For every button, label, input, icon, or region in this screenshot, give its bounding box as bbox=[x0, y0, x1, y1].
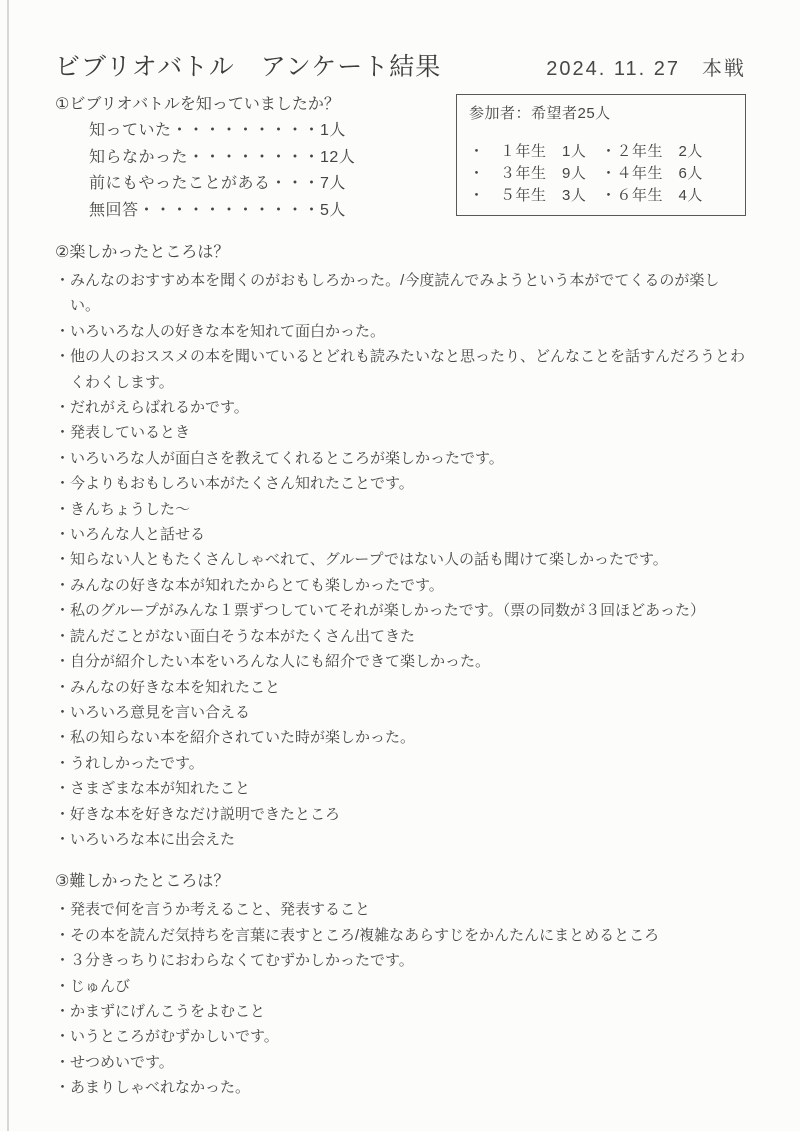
q1-option-count: 5人 bbox=[320, 202, 346, 219]
answer-text: みんなの好きな本を知れたこと bbox=[70, 675, 748, 700]
answer-item: ・読んだことがない面白そうな本がたくさん出てきた bbox=[55, 624, 748, 649]
grade-count-cell: ・ １年生 1人 bbox=[469, 141, 601, 163]
answer-item: ・だれがえらばれるかです。 bbox=[55, 395, 748, 420]
scanned-page: ビブリオバトル アンケート結果 2024. 11. 27 本戦 ①ビブリオバトル… bbox=[0, 0, 800, 1131]
answer-item: ・いろんな人と話せる bbox=[55, 522, 748, 547]
participants-row: ・ ５年生 3人・６年生 4人 bbox=[469, 185, 733, 207]
bullet-dot: ・ bbox=[55, 974, 70, 999]
bullet-dot: ・ bbox=[55, 522, 70, 547]
answer-item: ・自分が紹介したい本をいろんな人にも紹介できて楽しかった。 bbox=[55, 649, 748, 674]
grade-count-cell: ・６年生 4人 bbox=[601, 185, 733, 207]
answer-text: いろいろ意見を言い合える bbox=[70, 700, 748, 725]
bullet-dot: ・ bbox=[55, 776, 70, 801]
answer-item: ・みんなのおすすめ本を聞くのがおもしろかった。/今度読んでみようという本がでてく… bbox=[55, 268, 748, 319]
participants-row: ・ ３年生 9人・４年生 6人 bbox=[469, 163, 733, 185]
bullet-dot: ・ bbox=[55, 897, 70, 922]
page-title: ビブリオバトル アンケート結果 bbox=[55, 50, 441, 84]
answer-text: 自分が紹介したい本をいろんな人にも紹介できて楽しかった。 bbox=[70, 649, 748, 674]
bullet-dot: ・ bbox=[55, 700, 70, 725]
answer-item: ・私の知らない本を紹介されていた時が楽しかった。 bbox=[55, 725, 748, 750]
date-label: 2024. 11. 27 本戦 bbox=[546, 54, 746, 84]
bullet-dot: ・ bbox=[55, 649, 70, 674]
scan-edge-line bbox=[7, 0, 9, 1131]
answer-item: ・せつめいです。 bbox=[55, 1050, 748, 1075]
bullet-dot: ・ bbox=[55, 948, 70, 973]
bullet-dot: ・ bbox=[55, 725, 70, 750]
bullet-dot: ・ bbox=[55, 802, 70, 827]
answer-item: ・他の人のおススメの本を聞いているとどれも読みたいなと思ったり、どんなことを話す… bbox=[55, 344, 748, 395]
grade-count-cell: ・４年生 6人 bbox=[601, 163, 733, 185]
q3-answer-list: ・発表で何を言うか考えること、発表すること・その本を読んだ気持ちを言葉に表すとこ… bbox=[55, 897, 748, 1100]
bullet-dot: ・ bbox=[55, 420, 70, 445]
answer-item: ・かまずにげんこうをよむこと bbox=[55, 999, 748, 1024]
bullet-dot: ・ bbox=[55, 573, 70, 598]
answer-item: ・きんちょうした～ bbox=[55, 497, 748, 522]
answer-text: 発表しているとき bbox=[70, 420, 748, 445]
answer-item: ・発表で何を言うか考えること、発表すること bbox=[55, 897, 748, 922]
answer-text: 好きな本を好きなだけ説明できたところ bbox=[70, 802, 748, 827]
answer-text: いうところがむずかしいです。 bbox=[70, 1024, 748, 1049]
bullet-dot: ・ bbox=[55, 319, 70, 344]
q2-heading: ②楽しかったところは？ bbox=[55, 240, 748, 266]
dot-leader: ・・・・・・・・・ bbox=[172, 122, 321, 139]
answer-text: その本を読んだ気持ちを言葉に表すところ/複雑なあらすじをかんたんにまとめるところ bbox=[70, 923, 748, 948]
participants-box: 参加者：希望者25人 ・ １年生 1人・２年生 2人・ ３年生 9人・４年生 6… bbox=[456, 94, 746, 216]
q1-option-label: 無回答 bbox=[89, 202, 139, 219]
answer-item: ・いろいろな人の好きな本を知れて面白かった。 bbox=[55, 319, 748, 344]
bullet-dot: ・ bbox=[55, 547, 70, 572]
answer-item: ・３分きっちりにおわらなくてむずかしかったです。 bbox=[55, 948, 748, 973]
answer-text: さまざまな本が知れたこと bbox=[70, 776, 748, 801]
answer-item: ・うれしかったです。 bbox=[55, 751, 748, 776]
answer-item: ・今よりもおもしろい本がたくさん知れたことです。 bbox=[55, 471, 748, 496]
answer-item: ・いうところがむずかしいです。 bbox=[55, 1024, 748, 1049]
answer-item: ・好きな本を好きなだけ説明できたところ bbox=[55, 802, 748, 827]
document-header: ビブリオバトル アンケート結果 2024. 11. 27 本戦 bbox=[0, 0, 800, 84]
answer-item: ・いろいろな人が面白さを教えてくれるところが楽しかったです。 bbox=[55, 446, 748, 471]
answer-text: 発表で何を言うか考えること、発表すること bbox=[70, 897, 748, 922]
grade-count-cell: ・ ３年生 9人 bbox=[469, 163, 601, 185]
bullet-dot: ・ bbox=[55, 1024, 70, 1049]
answer-item: ・いろいろな本に出会えた bbox=[55, 827, 748, 852]
answer-text: うれしかったです。 bbox=[70, 751, 748, 776]
answer-text: せつめいです。 bbox=[70, 1050, 748, 1075]
dot-leader: ・・・ bbox=[271, 175, 321, 192]
bullet-dot: ・ bbox=[55, 624, 70, 649]
answer-item: ・私のグループがみんな１票ずつしていてそれが楽しかったです。（票の同数が３回ほど… bbox=[55, 598, 748, 623]
answer-text: 今よりもおもしろい本がたくさん知れたことです。 bbox=[70, 471, 748, 496]
q1-option-count: 12人 bbox=[320, 149, 355, 166]
q1-option-label: 知っていた bbox=[89, 122, 172, 139]
question2-section: ②楽しかったところは？ ・みんなのおすすめ本を聞くのがおもしろかった。/今度読ん… bbox=[55, 240, 748, 852]
answer-text: かまずにげんこうをよむこと bbox=[70, 999, 748, 1024]
bullet-dot: ・ bbox=[55, 827, 70, 852]
answer-text: きんちょうした～ bbox=[70, 497, 748, 522]
bullet-dot: ・ bbox=[55, 1050, 70, 1075]
answer-text: いろいろな人の好きな本を知れて面白かった。 bbox=[70, 319, 748, 344]
answer-text: あまりしゃべれなかった。 bbox=[70, 1075, 748, 1100]
answer-item: ・その本を読んだ気持ちを言葉に表すところ/複雑なあらすじをかんたんにまとめるとこ… bbox=[55, 923, 748, 948]
answer-item: ・発表しているとき bbox=[55, 420, 748, 445]
answer-text: 他の人のおススメの本を聞いているとどれも読みたいなと思ったり、どんなことを話すん… bbox=[70, 344, 748, 395]
bullet-dot: ・ bbox=[55, 999, 70, 1024]
question1-section: ①ビブリオバトルを知っていましたか？ 知っていた・・・・・・・・・1人知らなかっ… bbox=[55, 92, 746, 228]
grade-count-cell: ・２年生 2人 bbox=[601, 141, 733, 163]
bullet-dot: ・ bbox=[55, 344, 70, 395]
q3-heading: ③難しかったところは？ bbox=[55, 869, 748, 895]
q1-option-label: 知らなかった bbox=[89, 149, 188, 166]
answer-text: ３分きっちりにおわらなくてむずかしかったです。 bbox=[70, 948, 748, 973]
answer-text: だれがえらばれるかです。 bbox=[70, 395, 748, 420]
bullet-dot: ・ bbox=[55, 471, 70, 496]
bullet-dot: ・ bbox=[55, 268, 70, 319]
q1-option-count: 7人 bbox=[320, 175, 346, 192]
answer-text: いろんな人と話せる bbox=[70, 522, 748, 547]
answer-item: ・知らない人ともたくさんしゃべれて、グループではない人の話も聞けて楽しかったです… bbox=[55, 547, 748, 572]
answer-text: じゅんび bbox=[70, 974, 748, 999]
answer-item: ・じゅんび bbox=[55, 974, 748, 999]
question3-section: ③難しかったところは？ ・発表で何を言うか考えること、発表すること・その本を読ん… bbox=[55, 869, 748, 1100]
answer-text: 読んだことがない面白そうな本がたくさん出てきた bbox=[70, 624, 748, 649]
answer-text: いろいろな人が面白さを教えてくれるところが楽しかったです。 bbox=[70, 446, 748, 471]
bullet-dot: ・ bbox=[55, 497, 70, 522]
answer-text: 知らない人ともたくさんしゃべれて、グループではない人の話も聞けて楽しかったです。 bbox=[70, 547, 748, 572]
answer-item: ・みんなの好きな本を知れたこと bbox=[55, 675, 748, 700]
q1-option-count: 1人 bbox=[320, 122, 346, 139]
answer-item: ・さまざまな本が知れたこと bbox=[55, 776, 748, 801]
answer-text: 私の知らない本を紹介されていた時が楽しかった。 bbox=[70, 725, 748, 750]
bullet-dot: ・ bbox=[55, 598, 70, 623]
dot-leader: ・・・・・・・・・・・ bbox=[139, 202, 321, 219]
answer-text: みんなの好きな本が知れたからとても楽しかったです。 bbox=[70, 573, 748, 598]
participants-rows: ・ １年生 1人・２年生 2人・ ３年生 9人・４年生 6人・ ５年生 3人・６… bbox=[469, 141, 733, 207]
bullet-dot: ・ bbox=[55, 675, 70, 700]
q1-option-label: 前にもやったことがある bbox=[89, 175, 271, 192]
bullet-dot: ・ bbox=[55, 751, 70, 776]
bullet-dot: ・ bbox=[55, 923, 70, 948]
q2-answer-list: ・みんなのおすすめ本を聞くのがおもしろかった。/今度読んでみようという本がでてく… bbox=[55, 268, 748, 852]
answer-text: みんなのおすすめ本を聞くのがおもしろかった。/今度読んでみようという本がでてくる… bbox=[70, 268, 748, 319]
participants-title: 参加者：希望者25人 bbox=[469, 104, 733, 124]
dot-leader: ・・・・・・・・ bbox=[188, 149, 320, 166]
answer-item: ・いろいろ意見を言い合える bbox=[55, 700, 748, 725]
answer-text: 私のグループがみんな１票ずつしていてそれが楽しかったです。（票の同数が３回ほどあ… bbox=[70, 598, 748, 623]
participants-row: ・ １年生 1人・２年生 2人 bbox=[469, 141, 733, 163]
answer-item: ・あまりしゃべれなかった。 bbox=[55, 1075, 748, 1100]
bullet-dot: ・ bbox=[55, 1075, 70, 1100]
bullet-dot: ・ bbox=[55, 446, 70, 471]
bullet-dot: ・ bbox=[55, 395, 70, 420]
answer-text: いろいろな本に出会えた bbox=[70, 827, 748, 852]
grade-count-cell: ・ ５年生 3人 bbox=[469, 185, 601, 207]
answer-item: ・みんなの好きな本が知れたからとても楽しかったです。 bbox=[55, 573, 748, 598]
